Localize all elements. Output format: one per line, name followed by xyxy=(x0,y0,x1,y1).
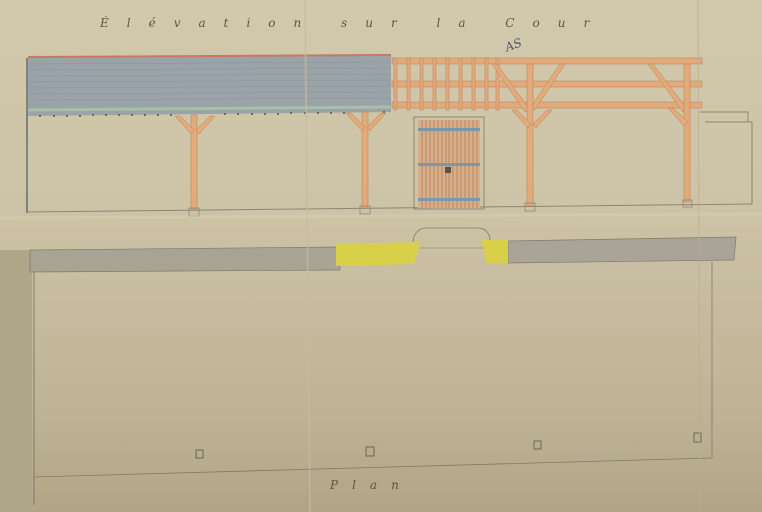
left-margin xyxy=(0,250,32,512)
timber-framing xyxy=(392,58,702,112)
roof-slate xyxy=(28,55,391,117)
drawing-sheet: Élévation sur la Cour Plan AS xyxy=(0,0,762,512)
elevation-and-plan-drawing xyxy=(0,0,762,512)
elevation xyxy=(27,55,752,216)
post-bases xyxy=(196,433,701,458)
plan xyxy=(30,228,736,505)
double-door xyxy=(414,117,484,209)
